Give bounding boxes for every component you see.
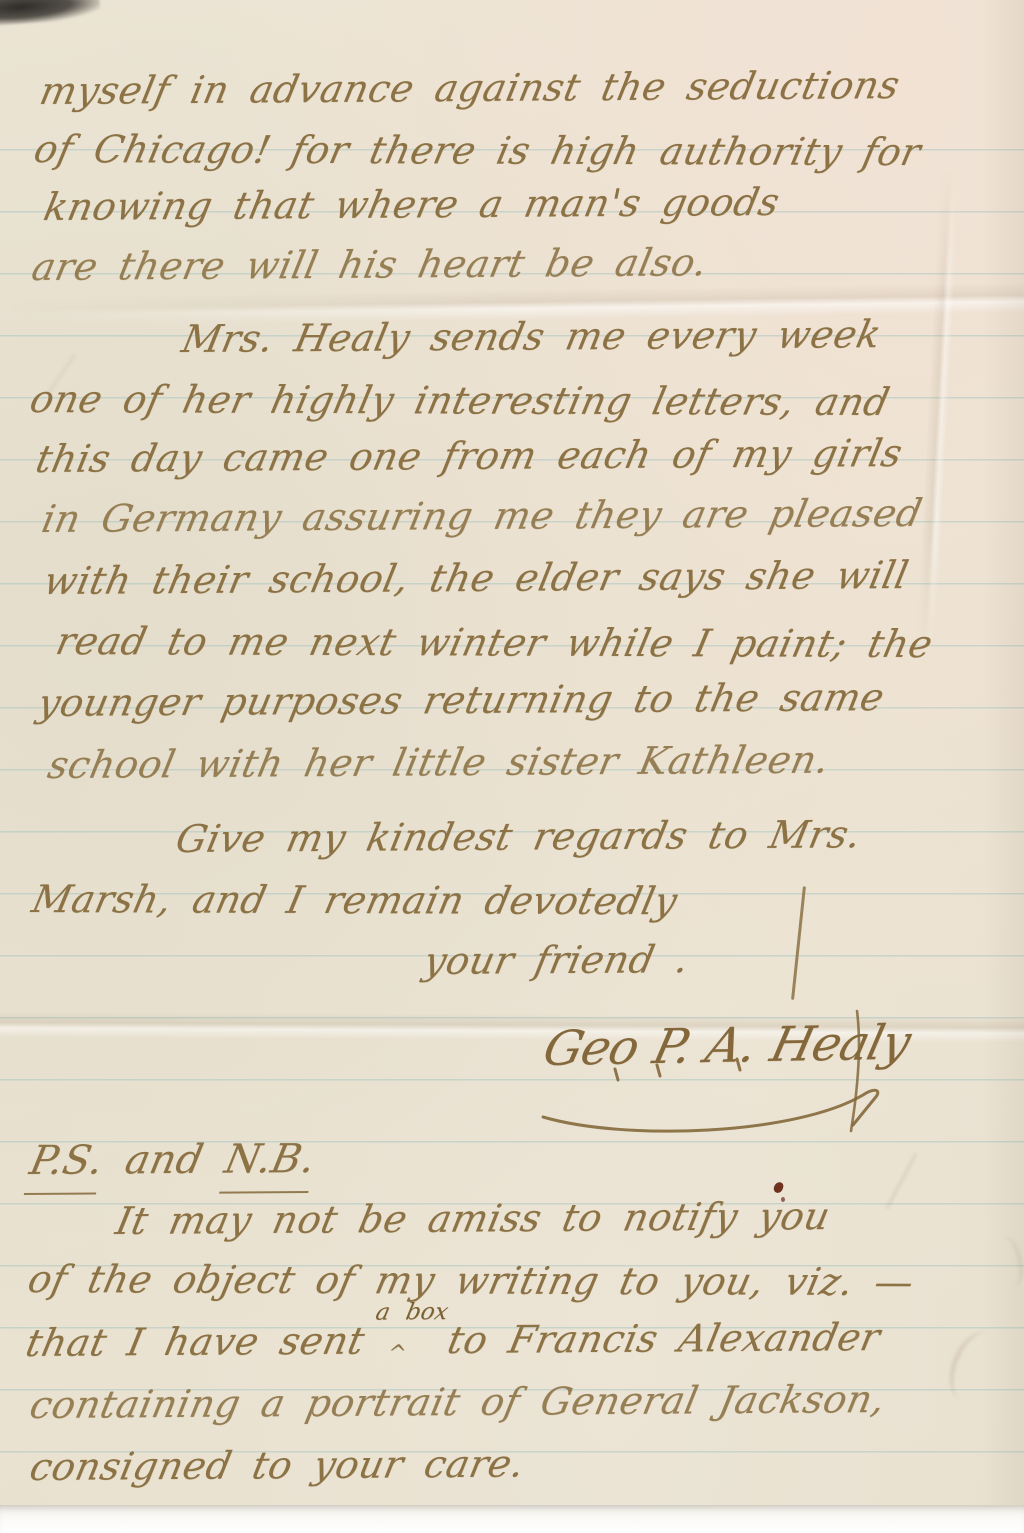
postscript-heading: P.S. and N.B. [26,1136,320,1184]
ink-smudge [0,0,101,26]
letter-line-12: school with her little sister Kathleen. [44,739,833,788]
insertion-caret: ^ [385,1341,409,1366]
insertion-wrap: a box^ [362,1343,448,1354]
letter-line-09: with their school, the elder says she wi… [40,554,912,604]
letter-page: myself in advance against the seductions… [0,0,1024,1505]
ps-line-4: containing a portrait of General Jackson… [26,1378,889,1428]
inserted-text: a box [373,1299,450,1326]
nb-label: N.B. [219,1136,320,1194]
ps-line-3: that I have senta box^to Francis Alexand… [22,1316,884,1366]
ps-line-3-after: to Francis Alexander [444,1315,884,1362]
letter-line-14: Marsh, and I remain devotedly [28,878,681,924]
letter-line-04: are there will his heart be also. [28,241,711,289]
valediction: your friend . [420,938,693,984]
scan-bottom-edge [0,1505,1024,1533]
paper-edge-shading [982,0,1024,1505]
letter-line-10: read to me next winter while I paint; th… [52,620,937,667]
letter-line-11: younger purposes returning to the same [34,676,888,726]
letter-line-06: one of her highly interesting letters, a… [26,378,894,425]
letter-line-01: myself in advance against the seductions [36,64,904,114]
letter-line-07: this day came one from each of my girls [32,432,906,482]
ps-heading-and: and [121,1137,207,1184]
ps-line-2: of the object of my writing to you, viz.… [24,1258,918,1305]
ps-line-5: consigned to your care. [26,1443,529,1490]
letter-line-13: Give my kindest regards to Mrs. [172,813,865,861]
letter-line-03: knowing that where a man's goods [40,181,783,230]
ps-line-3-before: that I have sent [22,1319,369,1365]
letter-line-08: in Germany assuring me they are pleased [38,492,926,542]
ps-label: P.S. [24,1137,108,1195]
letter-line-02: of Chicago! for there is high authority … [30,128,925,175]
signature: Geo P. A. Healy [538,1016,915,1078]
letter-line-05: Mrs. Healy sends me every week [178,313,885,362]
ps-line-1: It may not be amiss to notify you [112,1195,834,1244]
